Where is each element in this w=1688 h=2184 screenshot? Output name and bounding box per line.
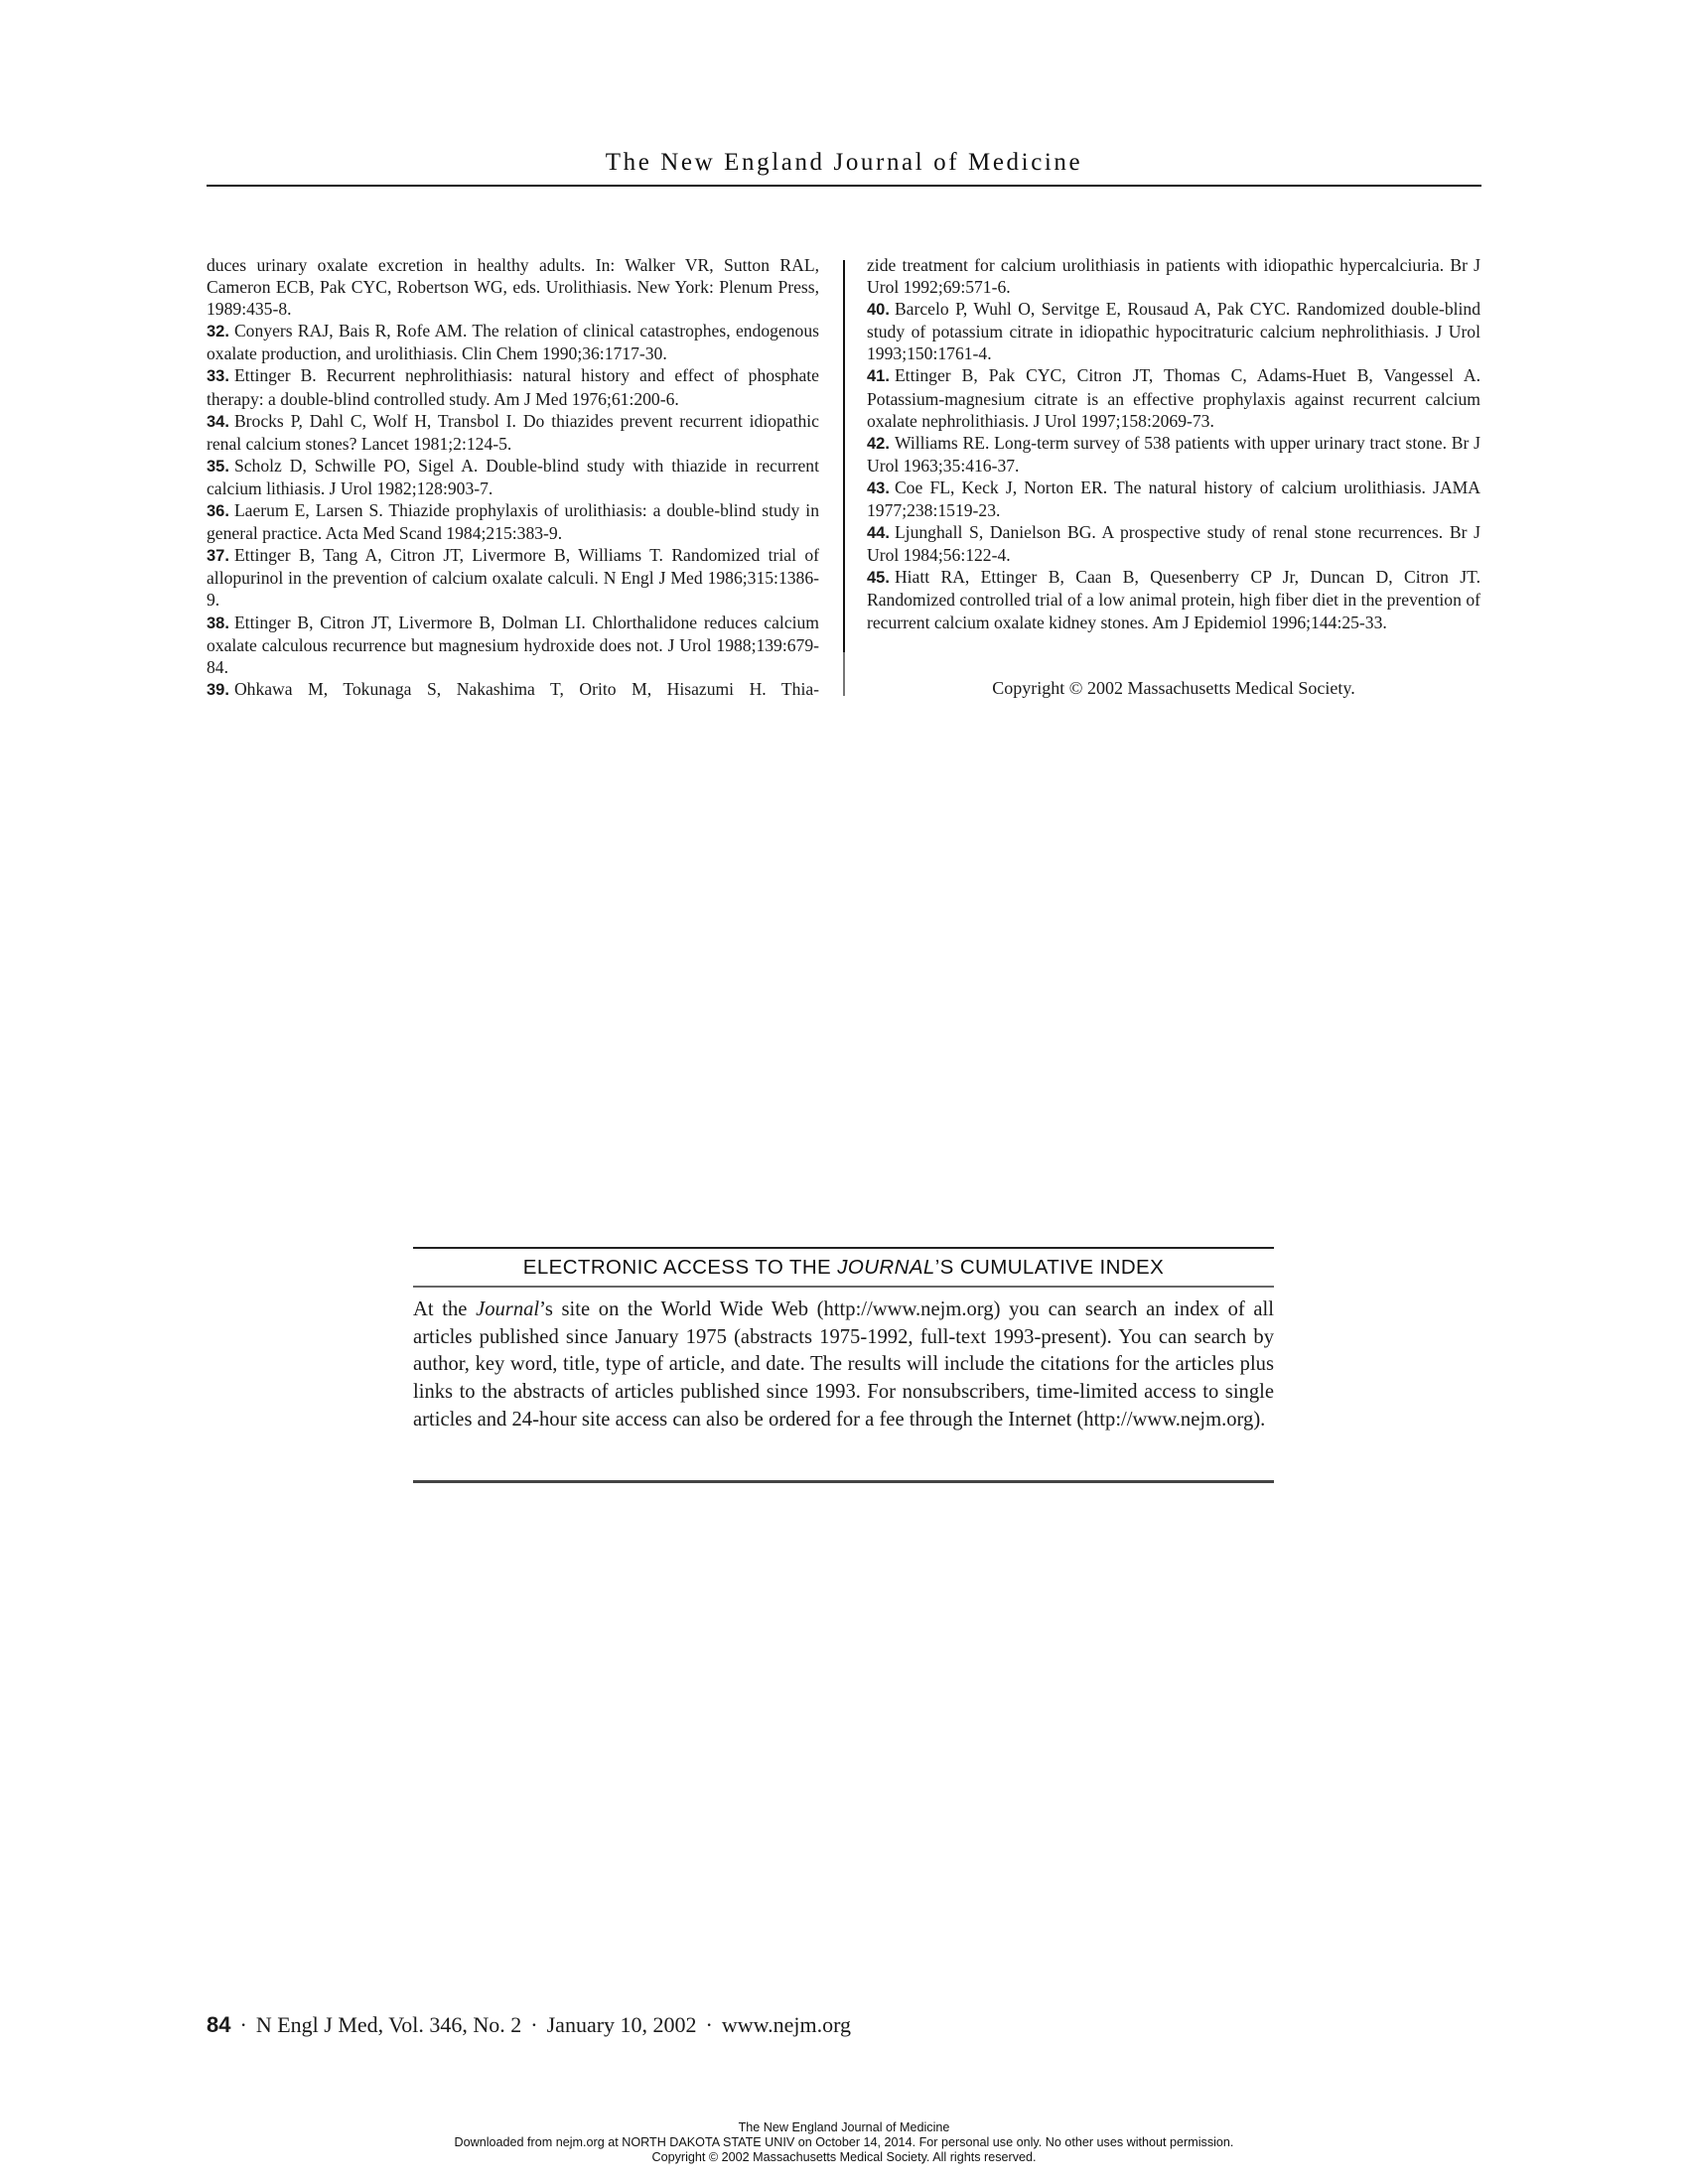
references-right-column: zide treatment for calcium urolithiasis …: [867, 254, 1480, 633]
page-number: 84: [207, 2012, 230, 2037]
reference-text: Ohkawa M, Tokunaga S, Nakashima T, Orito…: [234, 679, 819, 699]
reference-text: Hiatt RA, Ettinger B, Caan B, Quesenberr…: [867, 567, 1480, 631]
reference-item: 43.Coe FL, Keck J, Norton ER. The natura…: [867, 477, 1480, 521]
notice-body-prefix: At the: [413, 1298, 476, 1320]
download-notice-copyright: Copyright © 2002 Massachusetts Medical S…: [0, 2150, 1688, 2165]
reference-number: 42.: [867, 435, 890, 453]
running-head-title: The New England Journal of Medicine: [207, 149, 1481, 177]
journal-citation: N Engl J Med, Vol. 346, No. 2: [256, 2012, 521, 2037]
reference-number: 34.: [207, 413, 229, 431]
download-notice-journal: The New England Journal of Medicine: [0, 2120, 1688, 2135]
reference-number: 44.: [867, 524, 890, 542]
reference-number: 41.: [867, 367, 890, 385]
reference-number: 43.: [867, 479, 890, 497]
article-copyright: Copyright © 2002 Massachusetts Medical S…: [867, 678, 1480, 699]
issue-date: January 10, 2002: [547, 2012, 697, 2037]
reference-text: Coe FL, Keck J, Norton ER. The natural h…: [867, 478, 1480, 520]
reference-text: Brocks P, Dahl C, Wolf H, Transbol I. Do…: [207, 411, 819, 454]
reference-text: Conyers RAJ, Bais R, Rofe AM. The relati…: [207, 321, 819, 363]
reference-item: zide treatment for calcium urolithiasis …: [867, 254, 1480, 298]
reference-text: Williams RE. Long-term survey of 538 pat…: [867, 433, 1480, 476]
notice-body-text: ’s site on the World Wide Web (http://ww…: [413, 1298, 1274, 1431]
reference-text: Laerum E, Larsen S. Thiazide prophylaxis…: [207, 500, 819, 543]
separator-dot: ·: [530, 2012, 537, 2037]
reference-text: Ettinger B. Recurrent nephrolithiasis: n…: [207, 365, 819, 408]
reference-item: 32.Conyers RAJ, Bais R, Rofe AM. The rel…: [207, 320, 819, 364]
reference-text: Scholz D, Schwille PO, Sigel A. Double-b…: [207, 456, 819, 498]
reference-item: 33.Ettinger B. Recurrent nephrolithiasis…: [207, 364, 819, 409]
reference-number: 35.: [207, 458, 229, 476]
reference-item: 40.Barcelo P, Wuhl O, Servitge E, Rousau…: [867, 298, 1480, 364]
notice-title-prefix: ELECTRONIC ACCESS TO THE: [523, 1256, 837, 1279]
reference-item: 37.Ettinger B, Tang A, Citron JT, Liverm…: [207, 544, 819, 611]
reference-number: 32.: [207, 323, 229, 341]
reference-item: 44.Ljunghall S, Danielson BG. A prospect…: [867, 521, 1480, 566]
reference-number: 36.: [207, 502, 229, 520]
notice-box-body: At the Journal’s site on the World Wide …: [413, 1297, 1274, 1434]
reference-text: Ettinger B, Citron JT, Livermore B, Dolm…: [207, 613, 819, 677]
reference-item: 36.Laerum E, Larsen S. Thiazide prophyla…: [207, 499, 819, 544]
journal-website: www.nejm.org: [722, 2012, 851, 2037]
reference-item: 35.Scholz D, Schwille PO, Sigel A. Doubl…: [207, 455, 819, 499]
reference-text: Barcelo P, Wuhl O, Servitge E, Rousaud A…: [867, 299, 1480, 363]
download-notice-permission: Downloaded from nejm.org at NORTH DAKOTA…: [0, 2135, 1688, 2150]
reference-number: 45.: [867, 569, 890, 587]
reference-text: Ettinger B, Tang A, Citron JT, Livermore…: [207, 545, 819, 610]
notice-title-suffix: ’S CUMULATIVE INDEX: [935, 1256, 1164, 1279]
column-divider-tail: [843, 652, 845, 696]
references-left-column: duces urinary oxalate excretion in healt…: [207, 254, 819, 701]
reference-number: 40.: [867, 301, 890, 319]
reference-item: duces urinary oxalate excretion in healt…: [207, 254, 819, 320]
reference-text: zide treatment for calcium urolithiasis …: [867, 255, 1480, 297]
download-notice: The New England Journal of Medicine Down…: [0, 2120, 1688, 2165]
reference-item: 38.Ettinger B, Citron JT, Livermore B, D…: [207, 612, 819, 678]
notice-box-bottom-rule: [413, 1480, 1274, 1483]
reference-number: 39.: [207, 681, 229, 699]
header-rule: [207, 185, 1481, 187]
reference-text: Ljunghall S, Danielson BG. A prospective…: [867, 522, 1480, 565]
notice-box-mid-rule: [413, 1286, 1274, 1288]
reference-item: 34.Brocks P, Dahl C, Wolf H, Transbol I.…: [207, 410, 819, 455]
page-footer: 84·N Engl J Med, Vol. 346, No. 2·January…: [207, 2012, 851, 2038]
notice-box-top-rule: [413, 1247, 1274, 1249]
separator-dot: ·: [706, 2012, 713, 2037]
reference-item: 39.Ohkawa M, Tokunaga S, Nakashima T, Or…: [207, 678, 819, 701]
notice-title-italic: JOURNAL: [837, 1256, 934, 1279]
notice-box-title: ELECTRONIC ACCESS TO THE JOURNAL’S CUMUL…: [413, 1256, 1274, 1280]
notice-body-italic: Journal: [476, 1298, 539, 1320]
reference-item: 41.Ettinger B, Pak CYC, Citron JT, Thoma…: [867, 364, 1480, 431]
reference-number: 37.: [207, 547, 229, 565]
separator-dot: ·: [239, 2012, 246, 2037]
reference-item: 42.Williams RE. Long-term survey of 538 …: [867, 432, 1480, 477]
reference-text: duces urinary oxalate excretion in healt…: [207, 255, 819, 319]
reference-item: 45.Hiatt RA, Ettinger B, Caan B, Quesenb…: [867, 566, 1480, 632]
column-divider: [843, 260, 845, 652]
reference-number: 33.: [207, 367, 229, 385]
reference-text: Ettinger B, Pak CYC, Citron JT, Thomas C…: [867, 365, 1480, 430]
reference-number: 38.: [207, 614, 229, 632]
